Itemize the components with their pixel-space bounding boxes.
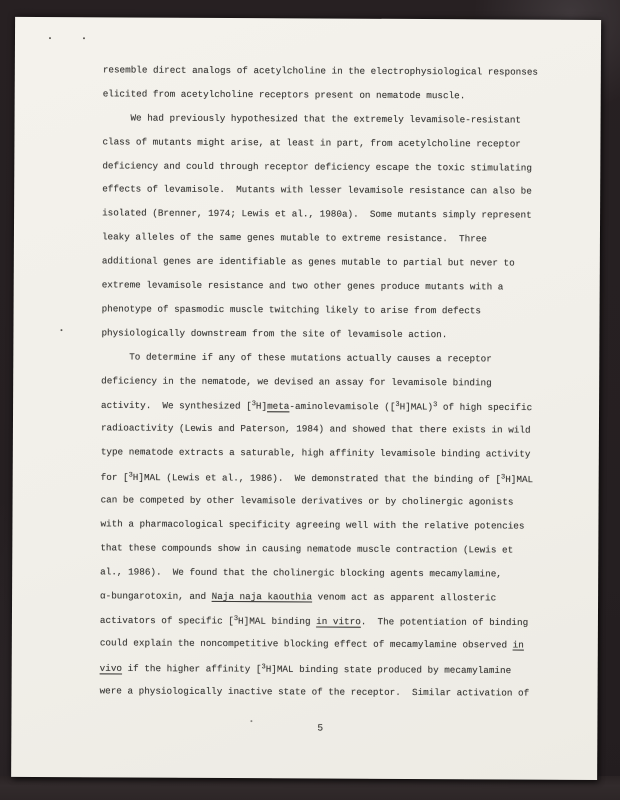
document-line: extreme levamisole resistance and two ot… [102, 273, 562, 299]
text-segment: could explain the noncompetitive blockin… [100, 638, 513, 651]
text-segment: were a physiologically inactive state of… [100, 686, 530, 699]
document-line: effects of levamisole. Mutants with less… [102, 178, 562, 204]
text-segment: We had previously hypothesized that the … [103, 112, 521, 125]
text-segment: deficiency in the nematode, we devised a… [101, 375, 492, 388]
text-segment: venom act as apparent allosteric [312, 591, 496, 603]
document-line: To determine if any of these mutations a… [101, 345, 561, 371]
underlined-text: Naja naja kaouthia [212, 591, 312, 603]
text-segment: H] [256, 401, 267, 412]
document-line: physiologically downstream from the site… [101, 321, 561, 347]
document-line: that these compounds show in causing nem… [100, 536, 560, 562]
text-segment: if the higher affinity [ [122, 663, 262, 675]
text-segment: additional genes are identifiable as gen… [102, 255, 515, 268]
text-segment: class of mutants might arise, at least i… [102, 136, 520, 149]
text-segment: can be competed by other levamisole deri… [101, 494, 514, 507]
underlined-text: in [513, 640, 524, 651]
text-segment: with a pharmacological specificity agree… [100, 518, 524, 531]
text-segment: deficiency and could through receptor de… [102, 160, 532, 173]
document-line: activators of specific [3H]MAL binding i… [100, 608, 560, 634]
text-segment: H]MAL [505, 474, 533, 485]
text-segment: H]MAL binding state produced by mecamyla… [266, 664, 512, 676]
document-line: class of mutants might arise, at least i… [102, 130, 562, 156]
document-line: vivo if the higher affinity [3H]MAL bind… [100, 656, 560, 682]
text-segment: α-bungarotoxin, and [100, 590, 212, 602]
text-segment: phenotype of spasmodic muscle twitching … [102, 303, 481, 316]
text-segment: H]MAL) [400, 402, 434, 413]
text-segment: H]MAL binding [238, 616, 316, 627]
text-segment: physiologically downstream from the site… [101, 327, 447, 340]
scanner-bed-edge [0, 776, 620, 800]
underlined-text: meta [267, 401, 289, 412]
document-line: additional genes are identifiable as gen… [102, 249, 562, 275]
text-segment: al., 1986). We found that the cholinergi… [100, 566, 502, 579]
document-line: can be competed by other levamisole deri… [101, 488, 561, 514]
text-segment: effects of levamisole. Mutants with less… [102, 184, 532, 197]
document-line: We had previously hypothesized that the … [103, 106, 563, 132]
document-line: were a physiologically inactive state of… [100, 680, 560, 706]
document-line: deficiency and could through receptor de… [102, 154, 562, 180]
document-line: al., 1986). We found that the cholinergi… [100, 560, 560, 586]
scan-speck [250, 720, 252, 722]
text-segment: . The potentiation of binding [361, 617, 528, 629]
text-segment: activity. We synthesized [ [101, 400, 252, 412]
scan-speck [49, 37, 51, 39]
document-line: radioactivity (Lewis and Paterson, 1984)… [101, 417, 561, 443]
scan-speck [83, 37, 85, 39]
scan-speck [60, 329, 62, 331]
text-segment: activators of specific [ [100, 615, 234, 627]
text-segment: that these compounds show in causing nem… [100, 542, 513, 555]
document-line: isolated (Brenner, 1974; Lewis et al., 1… [102, 202, 562, 228]
text-segment: radioactivity (Lewis and Paterson, 1984)… [101, 423, 531, 436]
text-segment: To determine if any of these mutations a… [101, 351, 492, 364]
scanned-page: resemble direct analogs of acetylcholine… [11, 17, 601, 780]
text-segment: extreme levamisole resistance and two ot… [102, 279, 504, 292]
text-segment: elicited from acetylcholine receptors pr… [103, 88, 466, 101]
document-line: with a pharmacological specificity agree… [100, 512, 560, 538]
document-line: leaky alleles of the same genes mutable … [102, 226, 562, 252]
document-line: α-bungarotoxin, and Naja naja kaouthia v… [100, 584, 560, 610]
document-line: elicited from acetylcholine receptors pr… [103, 82, 563, 108]
text-segment: for [ [101, 472, 129, 483]
document-line: could explain the noncompetitive blockin… [100, 632, 560, 658]
text-segment: H]MAL (Lewis et al., 1986). We demonstra… [133, 472, 501, 485]
document-text: resemble direct analogs of acetylcholine… [100, 58, 563, 705]
text-segment: of high specific [437, 402, 532, 413]
text-segment: type nematode extracts a saturable, high… [101, 447, 531, 460]
page-number: 5 [317, 722, 323, 733]
document-line: activity. We synthesized [3H]meta-aminol… [101, 393, 561, 419]
document-line: resemble direct analogs of acetylcholine… [103, 58, 563, 84]
document-line: deficiency in the nematode, we devised a… [101, 369, 561, 395]
text-segment: -aminolevamisole ([ [289, 401, 395, 413]
scanned-document-view: resemble direct analogs of acetylcholine… [0, 0, 620, 800]
text-segment: leaky alleles of the same genes mutable … [102, 232, 487, 245]
document-line: for [3H]MAL (Lewis et al., 1986). We dem… [101, 464, 561, 490]
text-segment: isolated (Brenner, 1974; Lewis et al., 1… [102, 208, 532, 221]
text-segment: resemble direct analogs of acetylcholine… [103, 64, 538, 77]
underlined-text: in vitro [316, 616, 361, 627]
underlined-text: vivo [100, 663, 122, 674]
document-line: phenotype of spasmodic muscle twitching … [102, 297, 562, 323]
document-line: type nematode extracts a saturable, high… [101, 441, 561, 467]
